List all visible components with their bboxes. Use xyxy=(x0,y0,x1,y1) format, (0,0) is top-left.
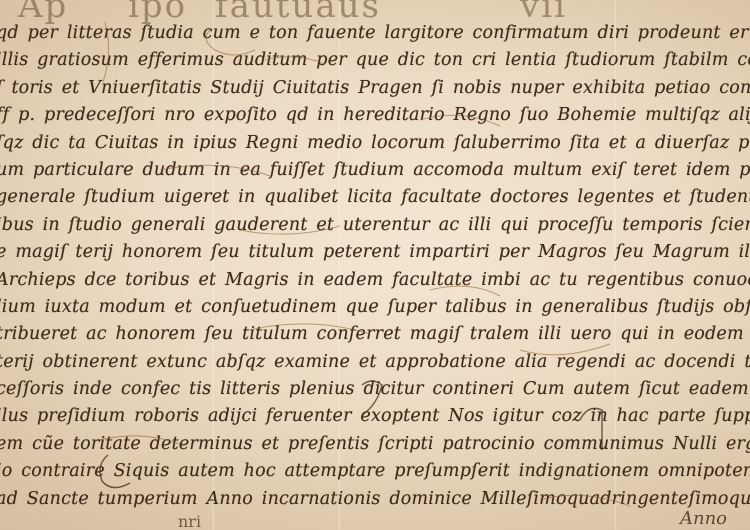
text-line: ſ toris et Vniuerſitatis Studij Ciuitati… xyxy=(0,75,750,102)
text-line: qd per litteras ſtudia cum e ton fauente… xyxy=(0,20,750,47)
manuscript-photo: Ap ipo fautuaus vii qd per litteras ſtud… xyxy=(0,0,750,530)
charter-text: qd per litteras ſtudia cum e ton fauente… xyxy=(0,20,750,513)
text-line: Archieps dce toribus et Magris in eadem … xyxy=(0,267,750,294)
text-line: illis gratiosum efferimus auditum per qu… xyxy=(0,47,750,74)
text-line: em cũe toritate determinus et preſentis … xyxy=(0,431,750,458)
text-line: generale ſtudium uigeret in qualibet lic… xyxy=(0,184,750,211)
text-line: ff p. predeceſſori nro expoſito qd in he… xyxy=(0,102,750,129)
text-line: tribueret ac honorem ſeu titulum conferr… xyxy=(0,321,750,348)
footer-fragment: Anno xyxy=(680,508,727,529)
text-line: terij obtinerent extunc abſqz examine et… xyxy=(0,349,750,376)
text-line: ad Sancte tumperium Anno incarnationis d… xyxy=(0,486,750,513)
text-line: e magiſ terij honorem ſeu titulum petere… xyxy=(0,239,750,266)
header-line: Ap ipo fautuaus vii xyxy=(0,0,750,20)
text-line: lium iuxta modum et conſuetudinem que ſu… xyxy=(0,294,750,321)
text-line: ibus in ſtudio generali gauderent et ute… xyxy=(0,212,750,239)
text-line: ilus preſidium roboris adijci feruenter … xyxy=(0,403,750,430)
footer-fragment: nri xyxy=(178,512,201,530)
text-line: io contraire Siquis autem hoc attemptare… xyxy=(0,458,750,485)
text-line: ceſſoris inde confec tis litteris pleniu… xyxy=(0,376,750,403)
text-line: um particulare dudum in ea fuiſſet ſtudi… xyxy=(0,157,750,184)
text-line: ſqz dic ta Ciuitas in ipius Regni medio … xyxy=(0,130,750,157)
